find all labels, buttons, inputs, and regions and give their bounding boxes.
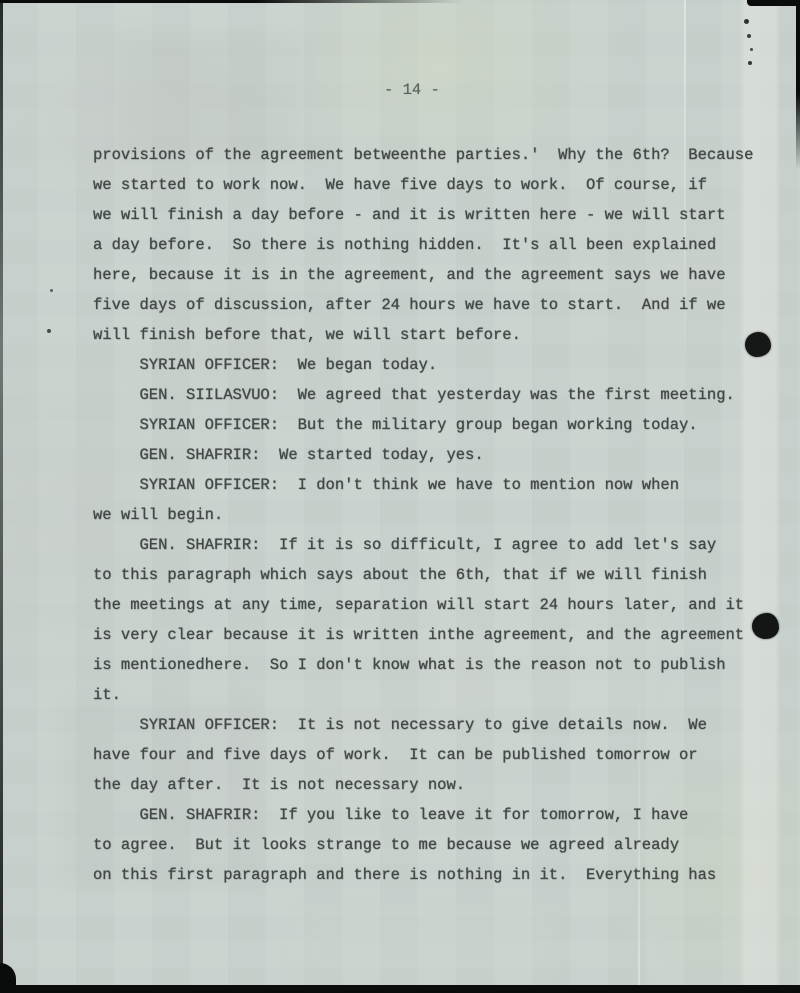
text-line: it. xyxy=(93,680,783,710)
scan-edge-left xyxy=(0,0,3,993)
text-line: GEN. SHAFRIR: We started today, yes. xyxy=(93,440,783,470)
scan-dot xyxy=(748,61,752,65)
scan-corner-bottom-left xyxy=(0,963,16,993)
text-line: we started to work now. We have five day… xyxy=(93,170,783,200)
text-line: the meetings at any time, separation wil… xyxy=(93,590,783,620)
text-line: on this first paragraph and there is not… xyxy=(93,860,783,890)
text-line: we will finish a day before - and it is … xyxy=(93,200,783,230)
text-line: GEN. SHAFRIR: If it is so difficult, I a… xyxy=(93,530,783,560)
text-line: GEN. SIILASVUO: We agreed that yesterday… xyxy=(93,380,783,410)
text-line: to this paragraph which says about the 6… xyxy=(93,560,783,590)
text-line: GEN. SHAFRIR: If you like to leave it fo… xyxy=(93,800,783,830)
text-line: here, because it is in the agreement, an… xyxy=(93,260,783,290)
text-line: SYRIAN OFFICER: We began today. xyxy=(93,350,783,380)
text-line: provisions of the agreement betweenthe p… xyxy=(93,140,783,170)
text-line: we will begin. xyxy=(93,500,783,530)
text-line: is mentionedhere. So I don't know what i… xyxy=(93,650,783,680)
scanned-document-page: - 14 - provisions of the agreement betwe… xyxy=(0,0,800,993)
text-line: SYRIAN OFFICER: I don't think we have to… xyxy=(93,470,783,500)
text-line: SYRIAN OFFICER: It is not necessary to g… xyxy=(93,710,783,740)
text-line: to agree. But it looks strange to me bec… xyxy=(93,830,783,860)
paper-tone-patch xyxy=(300,910,560,980)
text-line: SYRIAN OFFICER: But the military group b… xyxy=(93,410,783,440)
ink-speck xyxy=(50,289,53,292)
scan-edge-top xyxy=(0,0,464,3)
scan-dot xyxy=(744,19,749,24)
text-line: five days of discussion, after 24 hours … xyxy=(93,290,783,320)
scan-edge-bottom xyxy=(0,985,800,993)
page-number: - 14 - xyxy=(384,81,440,99)
document-text-block: provisions of the agreement betweenthe p… xyxy=(93,140,783,890)
scan-edge-top-right xyxy=(747,0,800,6)
text-line: will finish before that, we will start b… xyxy=(93,320,783,350)
text-line: the day after. It is not necessary now. xyxy=(93,770,783,800)
scan-dot xyxy=(747,34,751,38)
ink-speck xyxy=(47,329,51,333)
scan-dot xyxy=(750,48,753,51)
text-line: a day before. So there is nothing hidden… xyxy=(93,230,783,260)
text-line: have four and five days of work. It can … xyxy=(93,740,783,770)
scan-edge-right xyxy=(796,0,800,170)
text-line: is very clear because it is written inth… xyxy=(93,620,783,650)
